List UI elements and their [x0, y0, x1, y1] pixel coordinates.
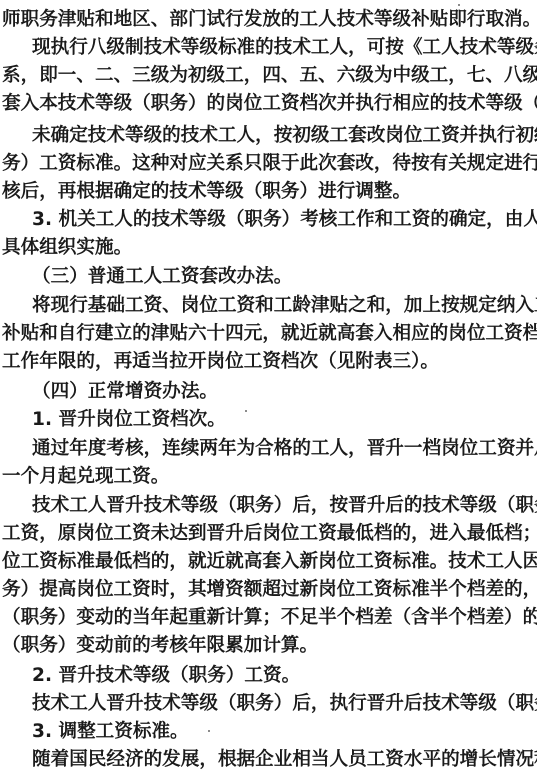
section-heading: （四）正常增资办法。 — [32, 380, 535, 404]
scanned-document-page: 师职务津贴和地区、部门试行发放的工人技术等级补贴即行取消。 现执行八级制技术等级… — [0, 0, 537, 782]
subsection-heading: 2. 晋升技术等级（职务）工资。 — [32, 664, 535, 688]
scan-speck — [245, 410, 247, 412]
text-line: 通过年度考核，连续两年为合格的工人，晋升一档岗位工资并从下一考核年度的第 — [32, 437, 535, 461]
text-line: 将现行基础工资、岗位工资和工龄津贴之和，加上按规定纳入工资的物价、福利性 — [32, 294, 535, 318]
text-line: 一个月起兑现工资。 — [2, 465, 535, 489]
text-line: 务）提高岗位工资时，其增资额超过新岗位工资标准半个档差的，考核年限从技术等级 — [2, 578, 535, 602]
text-line: （职务）变动前的考核年限累加计算。 — [2, 634, 535, 658]
text-line: 套入本技术等级（职务）的岗位工资档次并执行相应的技术等级（职务）工资标准。 — [2, 92, 535, 116]
scan-speck — [208, 730, 210, 732]
subsection-heading: 1. 晋升岗位工资档次。 — [32, 408, 535, 432]
text-line: 师职务津贴和地区、部门试行发放的工人技术等级补贴即行取消。 — [2, 8, 535, 32]
text-line: 随着国民经济的发展，根据企业相当人员工资水平的增长情况和城镇居民生活费用 — [32, 748, 535, 772]
text-line: 具体组织实施。 — [2, 236, 535, 260]
subsection-heading: 3. 调整工资标准。 — [32, 720, 535, 744]
text-line: 务）工资标准。这种对应关系只限于此次套改，待按有关规定进行技术等级（职务）考 — [2, 152, 535, 176]
text-line: 技术工人晋升技术等级（职务）后，执行晋升后技术等级（职务）的工资标准。 — [32, 692, 535, 716]
text-line: 未确定技术等级的技术工人，按初级工套改岗位工资并执行初级工的技术等级（职 — [32, 124, 535, 148]
text-line: 3. 机关工人的技术等级（职务）考核工作和工资的确定，由人事部门会同有关部门 — [32, 208, 535, 232]
scan-speck — [458, 4, 460, 6]
text-line: 现执行八级制技术等级标准的技术工人，可按《工人技术等级条例》规定的对应关 — [32, 36, 535, 60]
text-line: 位工资标准最低档的，就近就高套入新岗位工资标准。技术工人因晋升技术等级（职 — [2, 550, 535, 574]
text-line: 补贴和自行建立的津贴六十四元，就近就高套入相应的岗位工资档次。套入后符合规定 — [2, 322, 535, 346]
text-line: 技术工人晋升技术等级（职务）后，按晋升后的技术等级（职务）执行相应的岗位 — [32, 494, 535, 518]
section-heading: （三）普通工人工资套改办法。 — [32, 265, 535, 289]
text-line: 工作年限的，再适当拉开岗位工资档次（见附表三）。 — [2, 350, 535, 374]
text-line: 核后，再根据确定的技术等级（职务）进行调整。 — [2, 180, 535, 204]
text-line: 系，即一、二、三级为初级工，四、五、六级为中级工，七、八级为高级工，就近就高 — [2, 64, 535, 88]
text-line: （职务）变动的当年起重新计算；不足半个档差（含半个档差）的，考核年限与技术等级 — [2, 606, 535, 630]
text-line: 工资，原岗位工资未达到晋升后岗位工资最低档的，进入最低档；原岗位工资高于新岗 — [2, 522, 535, 546]
